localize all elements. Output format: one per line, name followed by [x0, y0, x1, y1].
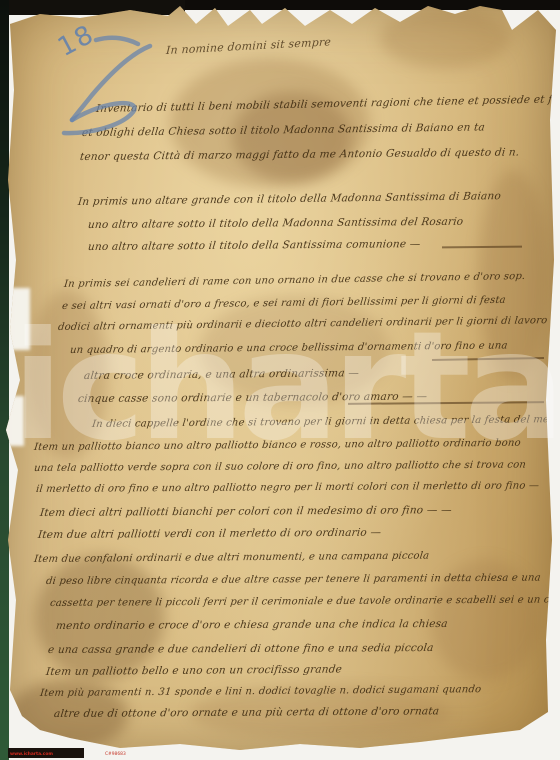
manuscript-line: Item due confaloni ordinarii e due altri…	[33, 551, 430, 565]
manuscript-line: Item un palliotto bello e uno con un cro…	[45, 663, 342, 678]
manuscript-line: Item due altri palliotti verdi con il me…	[37, 527, 382, 541]
scanner-edge-top-left	[0, 0, 185, 15]
manuscript-line: In primis uno altare grande con il titol…	[77, 190, 501, 208]
manuscript-line: In primis sei candelieri di rame con uno…	[63, 271, 525, 290]
manuscript-line: uno altro altare sotto il titolo della M…	[87, 216, 464, 231]
manuscript-line: e una cassa grande e due candelieri di o…	[47, 642, 434, 656]
stain-blob	[380, 8, 510, 68]
manuscript-line: il merletto di oro fino e uno altro pall…	[35, 480, 539, 495]
blue-pencil-flourish	[0, 0, 200, 180]
archive-url: www.icharta.com	[10, 751, 53, 756]
archive-code: C#98683	[105, 751, 126, 756]
archive-sticker: www.icharta.com C#98683	[8, 748, 84, 758]
manuscript-line: Item dieci altri palliotti bianchi per c…	[39, 504, 452, 519]
watermark-text: icharta	[12, 312, 558, 462]
stain-blob	[35, 555, 165, 680]
manuscript-line: uno altro altare sotto il titolo della S…	[87, 238, 421, 253]
scanner-edge-left	[0, 0, 9, 760]
manuscript-line: mento ordinario e croce d'oro e chiesa g…	[55, 618, 448, 632]
manuscript-scan: In nomine domini sit sempre Inventario d…	[0, 0, 560, 760]
